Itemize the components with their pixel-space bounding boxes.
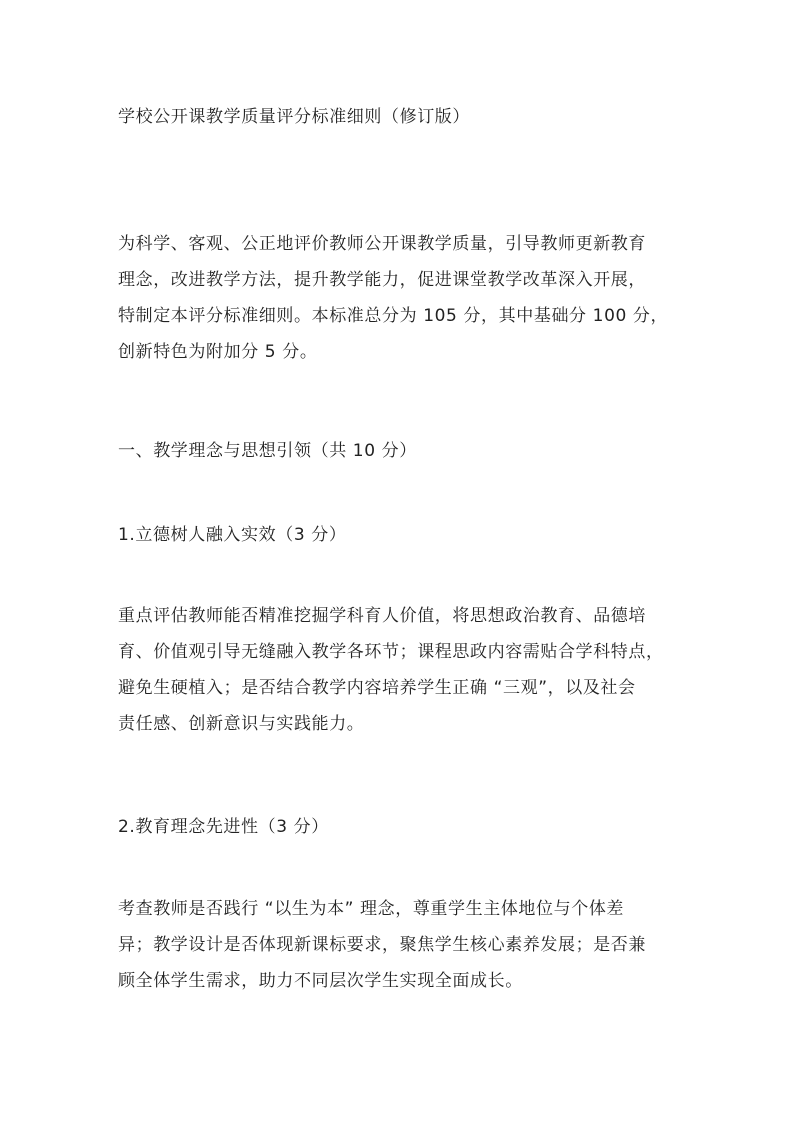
intro-line: 特制定本评分标准细则。本标准总分为 105 分，其中基础分 100 分， — [118, 298, 678, 334]
item-line: 考查教师是否践行 “以生为本” 理念，尊重学生主体地位与个体差 — [118, 891, 678, 927]
item-heading: 1.立德树人融入实效（3 分） — [118, 524, 346, 546]
item-line: 育、价值观引导无缝融入教学各环节；课程思政内容需贴合学科特点， — [118, 634, 678, 670]
item-heading: 2.教育理念先进性（3 分） — [118, 816, 329, 838]
section-heading: 一、教学理念与思想引领（共 10 分） — [118, 440, 417, 462]
item-paragraph: 考查教师是否践行 “以生为本” 理念，尊重学生主体地位与个体差 异；教学设计是否… — [118, 891, 678, 999]
intro-line: 为科学、客观、公正地评价教师公开课教学质量，引导教师更新教育 — [118, 226, 678, 262]
item-paragraph: 重点评估教师能否精准挖掘学科育人价值，将思想政治教育、品德培 育、价值观引导无缝… — [118, 598, 678, 742]
item-line: 责任感、创新意识与实践能力。 — [118, 706, 678, 742]
item-line: 重点评估教师能否精准挖掘学科育人价值，将思想政治教育、品德培 — [118, 598, 678, 634]
intro-paragraph: 为科学、客观、公正地评价教师公开课教学质量，引导教师更新教育 理念，改进教学方法… — [118, 226, 678, 370]
item-line: 避免生硬植入；是否结合教学内容培养学生正确 “三观”，以及社会 — [118, 670, 678, 706]
document-page: 学校公开课教学质量评分标准细则（修订版） 为科学、客观、公正地评价教师公开课教学… — [0, 0, 793, 1122]
document-title: 学校公开课教学质量评分标准细则（修订版） — [118, 106, 470, 128]
item-line: 异；教学设计是否体现新课标要求，聚焦学生核心素养发展；是否兼 — [118, 927, 678, 963]
item-line: 顾全体学生需求，助力不同层次学生实现全面成长。 — [118, 963, 678, 999]
intro-line: 创新特色为附加分 5 分。 — [118, 334, 678, 370]
intro-line: 理念，改进教学方法，提升教学能力，促进课堂教学改革深入开展， — [118, 262, 678, 298]
